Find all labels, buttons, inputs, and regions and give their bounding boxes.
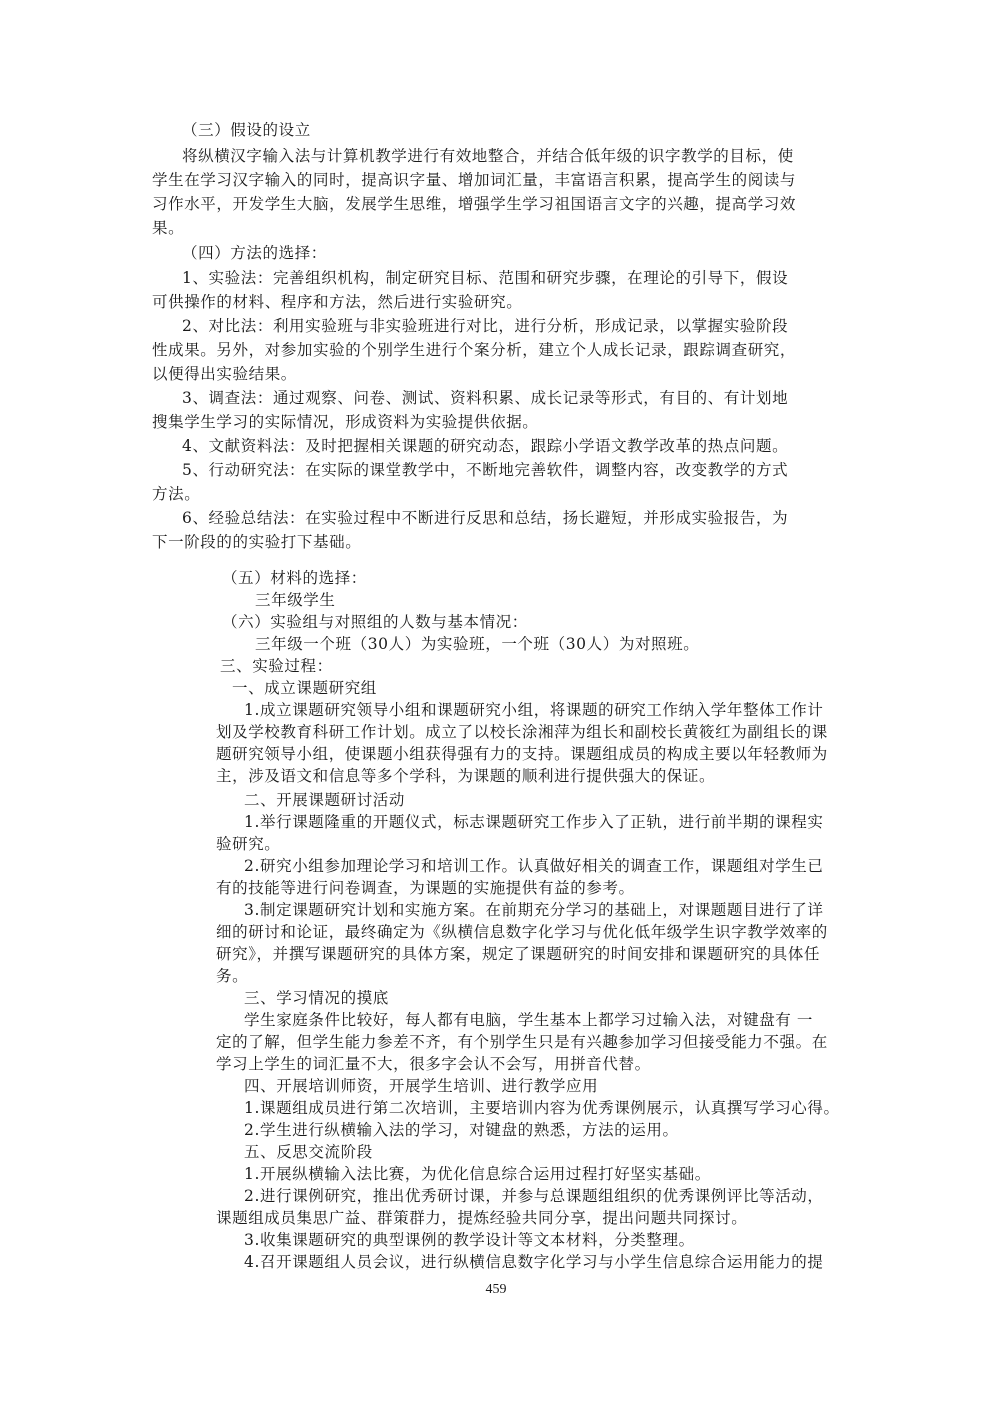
text-line: 五、反思交流阶段 xyxy=(244,1142,373,1162)
text-line: 2、对比法：利用实验班与非实验班进行对比，进行分析，形成记录，以掌握实验阶段 xyxy=(182,316,788,336)
text-line: 4.召开课题组人员会议，进行纵横信息数字化学习与小学生信息综合运用能力的提 xyxy=(244,1252,824,1272)
text-line: 定的了解，但学生能力参差不齐，有个别学生只是有兴趣参加学习但接受能力不强。在 xyxy=(216,1032,828,1052)
text-line: 搜集学生学习的实际情况，形成资料为实验提供依据。 xyxy=(152,412,538,432)
text-line: （五）材料的选择： xyxy=(222,568,367,588)
text-line: 1、实验法：完善组织机构，制定研究目标、范围和研究步骤，在理论的引导下，假设 xyxy=(182,268,788,288)
text-line: 方法。 xyxy=(152,484,200,504)
text-line: 1.开展纵横输入法比赛，为优化信息综合运用过程打好坚实基础。 xyxy=(244,1164,711,1184)
text-line: （三）假设的设立 xyxy=(182,120,311,140)
text-line: 划及学校教育科研工作计划。成立了以校长涂湘萍为组长和副校长黄筱红为副组长的课 xyxy=(216,722,828,742)
text-line: 验研究。 xyxy=(216,834,280,854)
text-line: 三、学习情况的摸底 xyxy=(244,988,389,1008)
text-line: 习作水平，开发学生大脑，发展学生思维，增强学生学习祖国语言文字的兴趣，提高学习效 xyxy=(152,194,796,214)
text-line: 4、文献资料法：及时把握相关课题的研究动态，跟踪小学语文教学改革的热点问题。 xyxy=(182,436,788,456)
text-line: 3.收集课题研究的典型课例的教学设计等文本材料，分类整理。 xyxy=(244,1230,695,1250)
text-line: 三年级学生 xyxy=(255,590,336,610)
text-line: 务。 xyxy=(216,966,248,986)
text-line: 1.课题组成员进行第二次培训，主要培训内容为优秀课例展示，认真撰写学习心得。 xyxy=(244,1098,840,1118)
text-line: （四）方法的选择： xyxy=(182,243,327,263)
text-line: 三年级一个班（30人）为实验班，一个班（30人）为对照班。 xyxy=(255,634,699,654)
text-line: 1.举行课题隆重的开题仪式，标志课题研究工作步入了正轨，进行前半期的课程实 xyxy=(244,812,824,832)
text-line: 3.制定课题研究计划和实施方案。在前期充分学习的基础上，对课题题目进行了详 xyxy=(244,900,824,920)
text-line: 学生在学习汉字输入的同时，提高识字量、增加词汇量，丰富语言积累，提高学生的阅读与 xyxy=(152,170,796,190)
text-line: 将纵横汉字输入法与计算机教学进行有效地整合，并结合低年级的识字教学的目标，使 xyxy=(182,146,794,166)
text-line: 研究》，并撰写课题研究的具体方案，规定了课题研究的时间安排和课题研究的具体任 xyxy=(216,944,820,964)
text-line: 学习上学生的词汇量不大，很多字会认不会写，用拼音代替。 xyxy=(216,1054,651,1074)
text-line: 可供操作的材料、程序和方法，然后进行实验研究。 xyxy=(152,292,522,312)
text-line: 6、经验总结法：在实验过程中不断进行反思和总结，扬长避短，并形成实验报告，为 xyxy=(182,508,788,528)
text-line: 2.学生进行纵横输入法的学习，对键盘的熟悉，方法的运用。 xyxy=(244,1120,679,1140)
page-number: 459 xyxy=(0,1282,992,1298)
text-line: 3、调查法：通过观察、问卷、测试、资料积累、成长记录等形式，有目的、有计划地 xyxy=(182,388,788,408)
text-line: 主，涉及语文和信息等多个学科，为课题的顺利进行提供强大的保证。 xyxy=(216,766,715,786)
text-line: （六）实验组与对照组的人数与基本情况： xyxy=(222,612,528,632)
text-line: 5、行动研究法：在实际的课堂教学中，不断地完善软件，调整内容，改变教学的方式 xyxy=(182,460,788,480)
text-line: 1.成立课题研究领导小组和课题研究小组，将课题的研究工作纳入学年整体工作计 xyxy=(244,700,824,720)
text-line: 下一阶段的的实验打下基础。 xyxy=(152,532,361,552)
text-line: 学生家庭条件比较好，每人都有电脑，学生基本上都学习过输入法，对键盘有 一 xyxy=(244,1010,813,1030)
text-line: 2.研究小组参加理论学习和培训工作。认真做好相关的调查工作，课题组对学生已 xyxy=(244,856,824,876)
text-line: 三、实验过程： xyxy=(220,656,333,676)
text-line: 果。 xyxy=(152,218,184,238)
text-line: 四、开展培训师资，开展学生培训、进行教学应用 xyxy=(244,1076,598,1096)
text-line: 细的研讨和论证，最终确定为《纵横信息数字化学习与优化低年级学生识字教学效率的 xyxy=(216,922,828,942)
text-line: 二、开展课题研讨活动 xyxy=(244,790,405,810)
text-line: 有的技能等进行问卷调查，为课题的实施提供有益的参考。 xyxy=(216,878,635,898)
text-line: 性成果。另外，对参加实验的个别学生进行个案分析，建立个人成长记录，跟踪调查研究， xyxy=(152,340,796,360)
text-line: 2.进行课例研究，推出优秀研讨课，并参与总课题组组织的优秀课例评比等活动， xyxy=(244,1186,824,1206)
text-line: 课题组成员集思广益、群策群力，提炼经验共同分享，提出问题共同探讨。 xyxy=(216,1208,747,1228)
document-page: （三）假设的设立将纵横汉字输入法与计算机教学进行有效地整合，并结合低年级的识字教… xyxy=(0,0,992,1403)
text-line: 题研究领导小组，使课题小组获得强有力的支持。课题组成员的构成主要以年轻教师为 xyxy=(216,744,828,764)
text-line: 一、成立课题研究组 xyxy=(232,678,377,698)
text-line: 以便得出实验结果。 xyxy=(152,364,297,384)
